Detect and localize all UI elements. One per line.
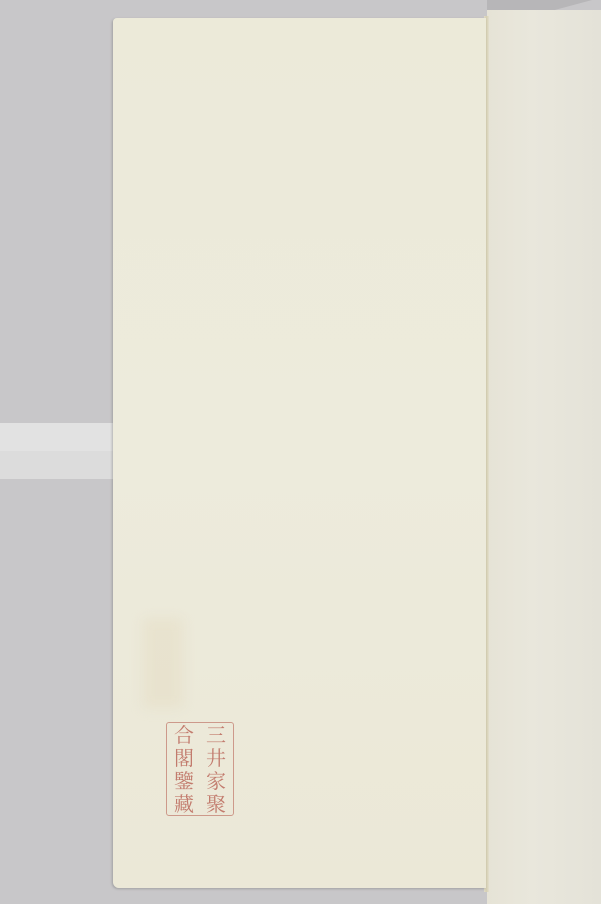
background-band-lower <box>0 451 115 479</box>
seal-char: 家 <box>206 770 226 792</box>
seal-char: 三 <box>206 724 226 746</box>
seal-char: 合 <box>174 724 194 746</box>
seal-char: 藏 <box>174 793 194 815</box>
seal-column-left: 合 閣 鑒 藏 <box>169 723 199 815</box>
seal-column-right: 三 井 家 聚 <box>201 723 231 815</box>
seal-char: 井 <box>206 747 226 769</box>
collector-seal: 三 井 家 聚 合 閣 鑒 藏 <box>166 722 234 816</box>
seal-char: 鑒 <box>174 770 194 792</box>
right-page <box>487 10 601 904</box>
seal-char: 聚 <box>206 793 226 815</box>
seal-char: 閣 <box>174 747 194 769</box>
page-stain <box>143 618 183 708</box>
background-band <box>0 423 115 452</box>
